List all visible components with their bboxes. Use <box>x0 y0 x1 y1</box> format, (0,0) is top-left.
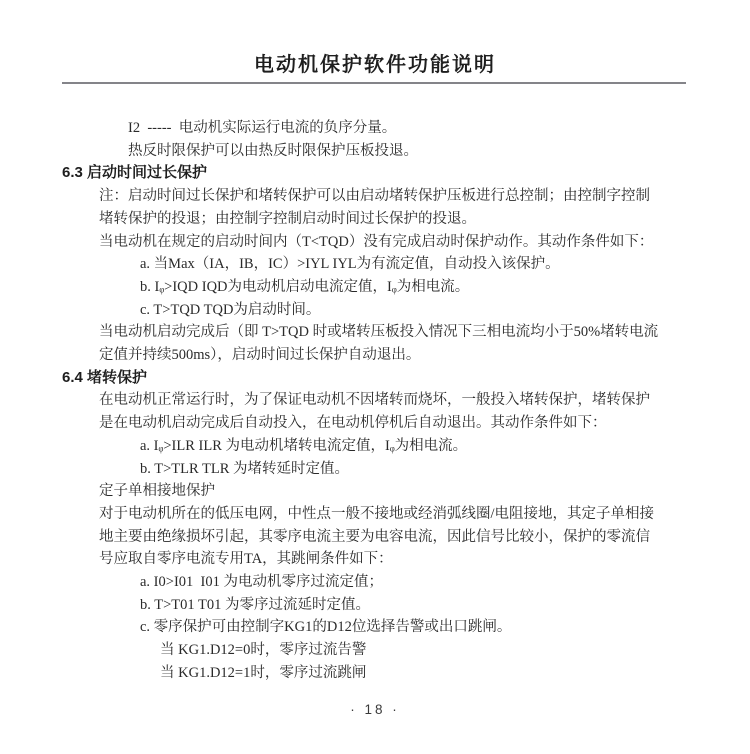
list-item-a: a. 当Max（IA，IB，IC）>IYL IYL为有流定值，自动投入该保护。 <box>62 253 742 276</box>
subsection-title-stator-ground: 定子单相接地保护 <box>62 480 742 503</box>
document-title: 电动机保护软件功能说明 <box>0 52 750 78</box>
section-heading-6-3: 6.3 启动时间过长保护 <box>62 162 742 185</box>
page-number: · 18 · <box>0 700 750 720</box>
definition-line-i2: I2 ----- 电动机实际运行电流的负序分量。 <box>62 117 742 140</box>
paragraph-line: 对于电动机所在的低压电网，中性点一般不接地或经消弧线圈/电阻接地，其定子单相接 <box>62 503 742 526</box>
paragraph-line: 热反时限保护可以由热反时限保护压板投退。 <box>62 140 742 163</box>
paragraph-line: 地主要由绝缘损坏引起，其零序电流主要为电容电流，因此信号比较小，保护的零流信 <box>62 526 742 549</box>
list-item-b: b. Iᵩ>IQD IQD为电动机启动电流定值，Iᵩ为相电流。 <box>62 276 742 299</box>
paragraph-line: 当电动机启动完成后（即 T>TQD 时或堵转压板投入情况下三相电流均小于50%堵… <box>62 321 742 344</box>
list-item-a: a. I0>I01 I01 为电动机零序过流定值； <box>62 571 742 594</box>
list-item-c: c. 零序保护可由控制字KG1的D12位选择告警或出口跳闸。 <box>62 616 742 639</box>
header-rule <box>62 82 686 84</box>
list-item-b: b. T>T01 T01 为零序过流延时定值。 <box>62 594 742 617</box>
list-item-a: a. Iᵩ>ILR ILR 为电动机堵转电流定值，Iᵩ为相电流。 <box>62 435 742 458</box>
section-heading-6-4: 6.4 堵转保护 <box>62 367 742 390</box>
list-item-b: b. T>TLR TLR 为堵转延时定值。 <box>62 458 742 481</box>
document-page: 电动机保护软件功能说明 I2 ----- 电动机实际运行电流的负序分量。 热反时… <box>0 0 750 754</box>
paragraph-line: 定值并持续500ms），启动时间过长保护自动退出。 <box>62 344 742 367</box>
paragraph-line: 当电动机在规定的启动时间内（T<TQD）没有完成启动时保护动作。其动作条件如下： <box>62 231 742 254</box>
paragraph-line: 在电动机正常运行时，为了保证电动机不因堵转而烧坏，一般投入堵转保护，堵转保护 <box>62 389 742 412</box>
paragraph-line: 注：启动时间过长保护和堵转保护可以由启动堵转保护压板进行总控制；由控制字控制 <box>62 185 742 208</box>
paragraph-line: 号应取自零序电流专用TA，其跳闸条件如下： <box>62 548 742 571</box>
paragraph-line: 是在电动机启动完成后自动投入，在电动机停机后自动退出。其动作条件如下： <box>62 412 742 435</box>
list-item-c: c. T>TQD TQD为启动时间。 <box>62 299 742 322</box>
paragraph-line: 堵转保护的投退；由控制字控制启动时间过长保护的投退。 <box>62 208 742 231</box>
condition-line-kg1-1: 当 KG1.D12=1时，零序过流跳闸 <box>62 662 742 685</box>
document-body: I2 ----- 电动机实际运行电流的负序分量。 热反时限保护可以由热反时限保护… <box>62 117 742 685</box>
condition-line-kg1-0: 当 KG1.D12=0时，零序过流告警 <box>62 639 742 662</box>
